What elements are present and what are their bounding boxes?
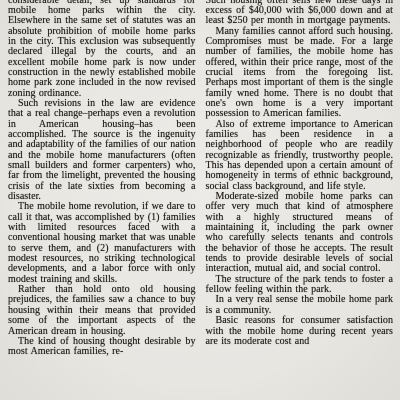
paragraph: In a very real sense the mobile home par… bbox=[206, 295, 394, 316]
paragraph: Also of extreme importance to American f… bbox=[206, 120, 394, 192]
scanned-page: considerable detail, set up standards fo… bbox=[0, 0, 400, 400]
right-column: Such housing often sells new these days … bbox=[206, 0, 394, 400]
paragraph: Basic reasons for consumer satisfaction … bbox=[206, 316, 394, 347]
paragraph: The kind of housing thought desirable by… bbox=[8, 337, 196, 358]
paragraph: Rather than hold onto old housing prejud… bbox=[8, 285, 196, 337]
paragraph: Such revisions in the law are evidence t… bbox=[8, 99, 196, 202]
paragraph: considerable detail, set up standards fo… bbox=[8, 0, 196, 99]
paragraph: Moderate-sized mobile home parks can off… bbox=[206, 192, 394, 275]
paragraph: The mobile home revolution, if we dare t… bbox=[8, 202, 196, 285]
left-column: considerable detail, set up standards fo… bbox=[8, 0, 196, 400]
paragraph: The structure of the park tends to foste… bbox=[206, 275, 394, 296]
paragraph: Such housing often sells new these days … bbox=[206, 0, 394, 27]
paragraph: Many families cannot afford such housing… bbox=[206, 27, 394, 120]
